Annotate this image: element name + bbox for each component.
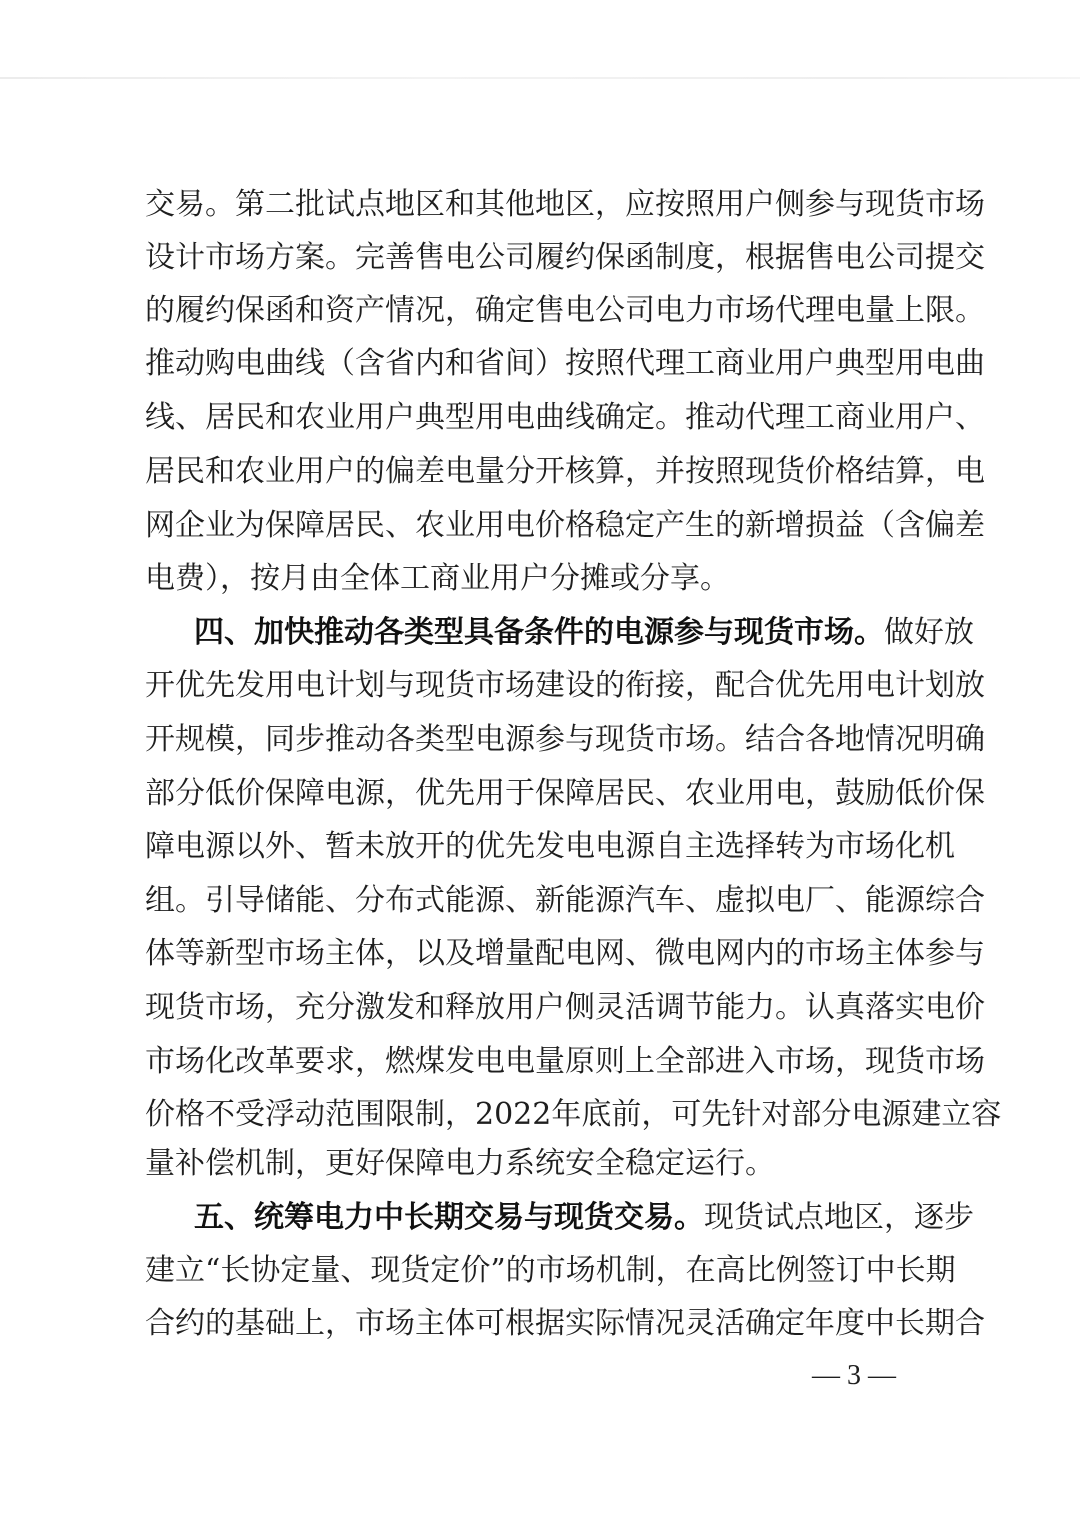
text-line: 价格不受浮动范围限制，2022年底前，可先针对部分电源建立容	[145, 1095, 918, 1135]
text-line: 交易。第二批试点地区和其他地区，应按照用户侧参与现货市场	[145, 185, 918, 225]
text-line: 设计市场方案。完善售电公司履约保函制度，根据售电公司提交	[145, 238, 918, 278]
text-line: 合约的基础上，市场主体可根据实际情况灵活确定年度中长期合	[145, 1304, 918, 1344]
text-line: 现货市场，充分激发和释放用户侧灵活调节能力。认真落实电价	[145, 988, 918, 1028]
text-line: 部分低价保障电源，优先用于保障居民、农业用电，鼓励低价保	[145, 774, 918, 814]
text-line: 建立“长协定量、现货定价”的市场机制，在高比例签订中长期	[145, 1251, 918, 1291]
section-heading-line: 五、统筹电力中长期交易与现货交易。现货试点地区，逐步	[194, 1198, 918, 1238]
text-line: 推动购电曲线（含省内和省间）按照代理工商业用户典型用电曲	[145, 344, 918, 384]
heading-line-rest: 现货试点地区，逐步	[704, 1200, 974, 1235]
section-heading-line: 四、加快推动各类型具备条件的电源参与现货市场。做好放	[194, 613, 918, 653]
text-line: 开优先发用电计划与现货市场建设的衔接，配合优先用电计划放	[145, 666, 918, 706]
text-line: 线、居民和农业用户典型用电曲线确定。推动代理工商业用户、	[145, 398, 918, 438]
text-line: 的履约保函和资产情况，确定售电公司电力市场代理电量上限。	[145, 291, 918, 331]
text-line: 体等新型市场主体，以及增量配电网、微电网内的市场主体参与	[145, 934, 918, 974]
text-line: 网企业为保障居民、农业用电价格稳定产生的新增损益（含偏差	[145, 506, 918, 546]
section-heading: 四、加快推动各类型具备条件的电源参与现货市场。	[194, 615, 884, 650]
text-line: 开规模，同步推动各类型电源参与现货市场。结合各地情况明确	[145, 720, 918, 760]
heading-line-rest: 做好放	[884, 615, 974, 650]
text-line: 电费），按月由全体工商业用户分摊或分享。	[145, 559, 918, 599]
section-heading: 五、统筹电力中长期交易与现货交易。	[194, 1200, 704, 1235]
text-line: 障电源以外、暂未放开的优先发电电源自主选择转为市场化机	[145, 827, 918, 867]
text-line: 市场化改革要求，燃煤发电电量原则上全部进入市场，现货市场	[145, 1042, 918, 1082]
text-line: 居民和农业用户的偏差电量分开核算，并按照现货价格结算，电	[145, 452, 918, 492]
page-number: — 3 —	[812, 1356, 896, 1396]
text-line: 组。引导储能、分布式能源、新能源汽车、虚拟电厂、能源综合	[145, 881, 918, 921]
scan-edge-rule	[0, 77, 1080, 79]
text-line: 量补偿机制，更好保障电力系统安全稳定运行。	[145, 1144, 918, 1184]
